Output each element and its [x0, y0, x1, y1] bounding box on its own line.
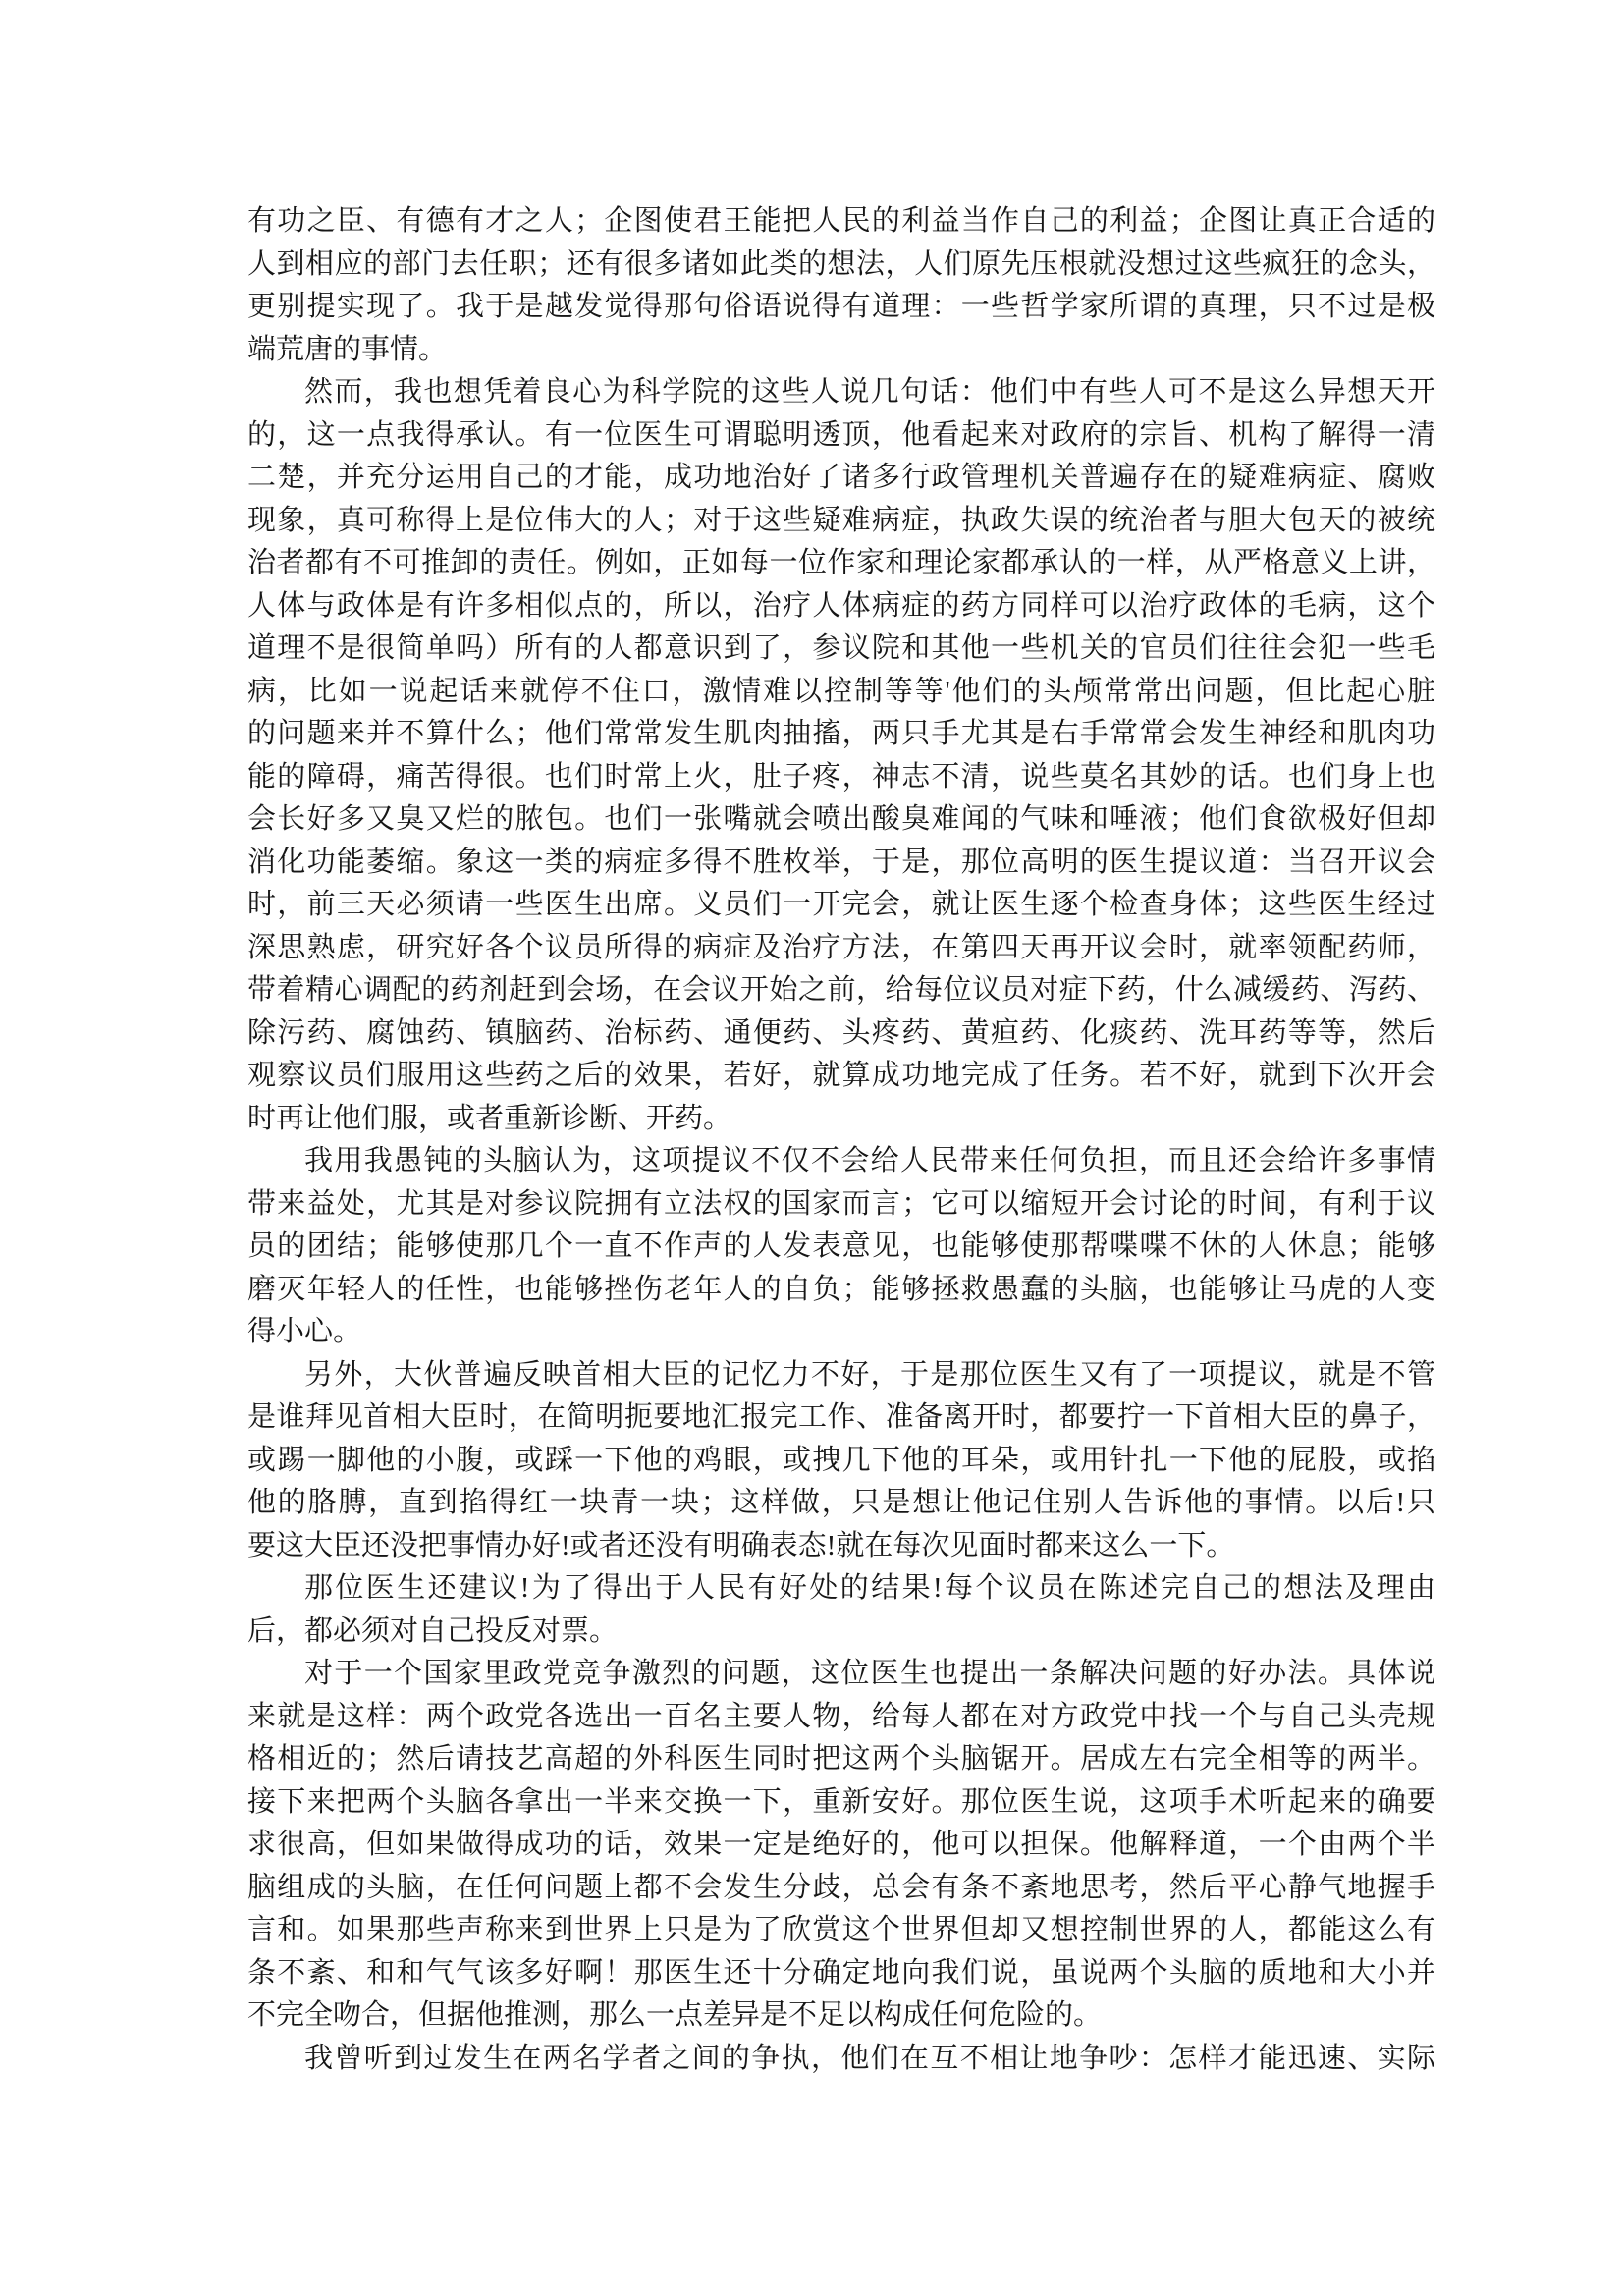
text-line: 现象，真可称得上是位伟大的人；对于这些疑难病症，执政失误的统治者与胆大包天的被统 — [247, 500, 1435, 543]
text-line: 能的障碍，痛苦得很。也们时常上火，肚子疼，神志不清，说些莫名其妙的话。也们身上也 — [247, 756, 1435, 799]
paragraph: 然而，我也想凭着良心为科学院的这些人说几句话：他们中有些人可不是这么异想天开的，… — [247, 371, 1435, 1140]
text-line: 观察议员们服用这些药之后的效果，若好，就算成功地完成了任务。若不好，就到下次开会 — [247, 1055, 1435, 1098]
text-line: 消化功能萎缩。象这一类的病症多得不胜枚举，于是，那位高明的医生提议道：当召开议会 — [247, 842, 1435, 885]
paragraph: 我曾听到过发生在两名学者之间的争执，他们在互不相让地争吵：怎样才能迅速、实际 — [247, 2038, 1435, 2081]
text-line: 有功之臣、有德有才之人；企图使君王能把人民的利益当作自己的利益；企图让真正合适的 — [247, 200, 1435, 244]
text-line: 深思熟虑，研究好各个议员所得的病症及治疗方法，在第四天再开议会时，就率领配药师， — [247, 927, 1435, 970]
text-line: 会长好多又臭又烂的脓包。也们一张嘴就会喷出酸臭难闻的气味和唾液；他们食欲极好但却 — [247, 798, 1435, 842]
text-line: 是谁拜见首相大臣时，在简明扼要地汇报完工作、准备离开时，都要拧一下首相大臣的鼻子… — [247, 1396, 1435, 1440]
text-line: 求很高，但如果做得成功的话，效果一定是绝好的，他可以担保。他解释道，一个由两个半 — [247, 1824, 1435, 1867]
paragraph: 那位医生还建议!为了得出于人民有好处的结果!每个议员在陈述完自己的想法及理由后，… — [247, 1567, 1435, 1653]
text-line: 他的胳膊，直到掐得红一块青一块；这样做，只是想让他记住别人告诉他的事情。以后!只 — [247, 1482, 1435, 1525]
text-line: 时，前三天必须请一些医生出席。义员们一开完会，就让医生逐个检查身体；这些医生经过 — [247, 884, 1435, 927]
text-line: 来就是这样：两个政党各选出一百名主要人物，给每人都在对方政党中找一个与自己头壳规 — [247, 1696, 1435, 1739]
text-line: 人体与政体是有许多相似点的，所以，治疗人体病症的药方同样可以治疗政体的毛病，这个 — [247, 585, 1435, 629]
text-line: 员的团结；能够使那几个一直不作声的人发表意见，也能够使那帮喋喋不休的人休息；能够 — [247, 1226, 1435, 1269]
text-line: 要这大臣还没把事情办好!或者还没有明确表态!就在每次见面时都来这么一下。 — [247, 1525, 1435, 1568]
paragraph: 我用我愚钝的头脑认为，这项提议不仅不会给人民带来任何负担，而且还会给许多事情带来… — [247, 1140, 1435, 1354]
text-line: 条不紊、和和气气该多好啊！那医生还十分确定地向我们说，虽说两个头脑的质地和大小并 — [247, 1952, 1435, 1995]
text-line: 接下来把两个头脑各拿出一半来交换一下，重新安好。那位医生说，这项手术听起来的确要 — [247, 1781, 1435, 1825]
text-line: 的问题来并不算什么；他们常常发生肌肉抽搐，两只手尤其是右手常常会发生神经和肌肉功 — [247, 713, 1435, 756]
text-line: 除污药、腐蚀药、镇脑药、治标药、通便药、头疼药、黄疸药、化痰药、洗耳药等等，然后 — [247, 1012, 1435, 1056]
text-line: 人到相应的部门去任职；还有很多诸如此类的想法，人们原先压根就没想过这些疯狂的念头… — [247, 244, 1435, 287]
text-line: 然而，我也想凭着良心为科学院的这些人说几句话：他们中有些人可不是这么异想天开 — [247, 371, 1435, 414]
text-line: 的，这一点我得承认。有一位医生可谓聪明透顶，他看起来对政府的宗旨、机构了解得一清 — [247, 414, 1435, 458]
text-line: 道理不是很简单吗）所有的人都意识到了，参议院和其他一些机关的官员们往往会犯一些毛 — [247, 628, 1435, 671]
text-line: 端荒唐的事情。 — [247, 329, 1435, 372]
paragraph: 有功之臣、有德有才之人；企图使君王能把人民的利益当作自己的利益；企图让真正合适的… — [247, 200, 1435, 371]
text-line: 另外，大伙普遍反映首相大臣的记忆力不好，于是那位医生又有了一项提议，就是不管 — [247, 1354, 1435, 1397]
text-line: 更别提实现了。我于是越发觉得那句俗语说得有道理：一些哲学家所谓的真理，只不过是极 — [247, 286, 1435, 329]
text-line: 病，比如一说起话来就停不住口，激情难以控制等等'他们的头颅常常出问题，但比起心脏 — [247, 671, 1435, 714]
text-line: 时再让他们服，或者重新诊断、开药。 — [247, 1098, 1435, 1141]
text-line: 我曾听到过发生在两名学者之间的争执，他们在互不相让地争吵：怎样才能迅速、实际 — [247, 2038, 1435, 2081]
text-line: 那位医生还建议!为了得出于人民有好处的结果!每个议员在陈述完自己的想法及理由 — [247, 1567, 1435, 1611]
text-line: 言和。如果那些声称来到世界上只是为了欣赏这个世界但却又想控制世界的人，都能这么有 — [247, 1909, 1435, 1952]
text-line: 格相近的；然后请技艺高超的外科医生同时把这两个头脑锯开。居成左右完全相等的两半。 — [247, 1738, 1435, 1781]
paragraph: 对于一个国家里政党竞争激烈的问题，这位医生也提出一条解决问题的好办法。具体说来就… — [247, 1653, 1435, 2038]
text-line: 治者都有不可推卸的责任。例如，正如每一位作家和理论家都承认的一样，从严格意义上讲… — [247, 542, 1435, 585]
text-line: 不完全吻合，但据他推测，那么一点差异是不足以构成任何危险的。 — [247, 1995, 1435, 2038]
text-line: 得小心。 — [247, 1311, 1435, 1354]
text-line: 带来益处，尤其是对参议院拥有立法权的国家而言；它可以缩短开会讨论的时间，有利于议 — [247, 1183, 1435, 1227]
document-body: 有功之臣、有德有才之人；企图使君王能把人民的利益当作自己的利益；企图让真正合适的… — [247, 200, 1435, 2080]
text-line: 磨灭年轻人的任性，也能够挫伤老年人的自负；能够拯救愚蠢的头脑，也能够让马虎的人变 — [247, 1269, 1435, 1312]
document-page: 有功之臣、有德有才之人；企图使君王能把人民的利益当作自己的利益；企图让真正合适的… — [0, 0, 1623, 2296]
text-line: 我用我愚钝的头脑认为，这项提议不仅不会给人民带来任何负担，而且还会给许多事情 — [247, 1140, 1435, 1183]
paragraph: 另外，大伙普遍反映首相大臣的记忆力不好，于是那位医生又有了一项提议，就是不管是谁… — [247, 1354, 1435, 1568]
text-line: 对于一个国家里政党竞争激烈的问题，这位医生也提出一条解决问题的好办法。具体说 — [247, 1653, 1435, 1696]
text-line: 二楚，并充分运用自己的才能，成功地治好了诸多行政管理机关普遍存在的疑难病症、腐败 — [247, 457, 1435, 500]
text-line: 脑组成的头脑，在任何问题上都不会发生分歧，总会有条不紊地思考，然后平心静气地握手 — [247, 1867, 1435, 1910]
text-line: 或踢一脚他的小腹，或踩一下他的鸡眼，或拽几下他的耳朵，或用针扎一下他的屁股，或掐 — [247, 1440, 1435, 1483]
text-line: 后，都必须对自己投反对票。 — [247, 1611, 1435, 1654]
text-line: 带着精心调配的药剂赶到会场，在会议开始之前，给每位议员对症下药，什么减缓药、泻药… — [247, 969, 1435, 1012]
